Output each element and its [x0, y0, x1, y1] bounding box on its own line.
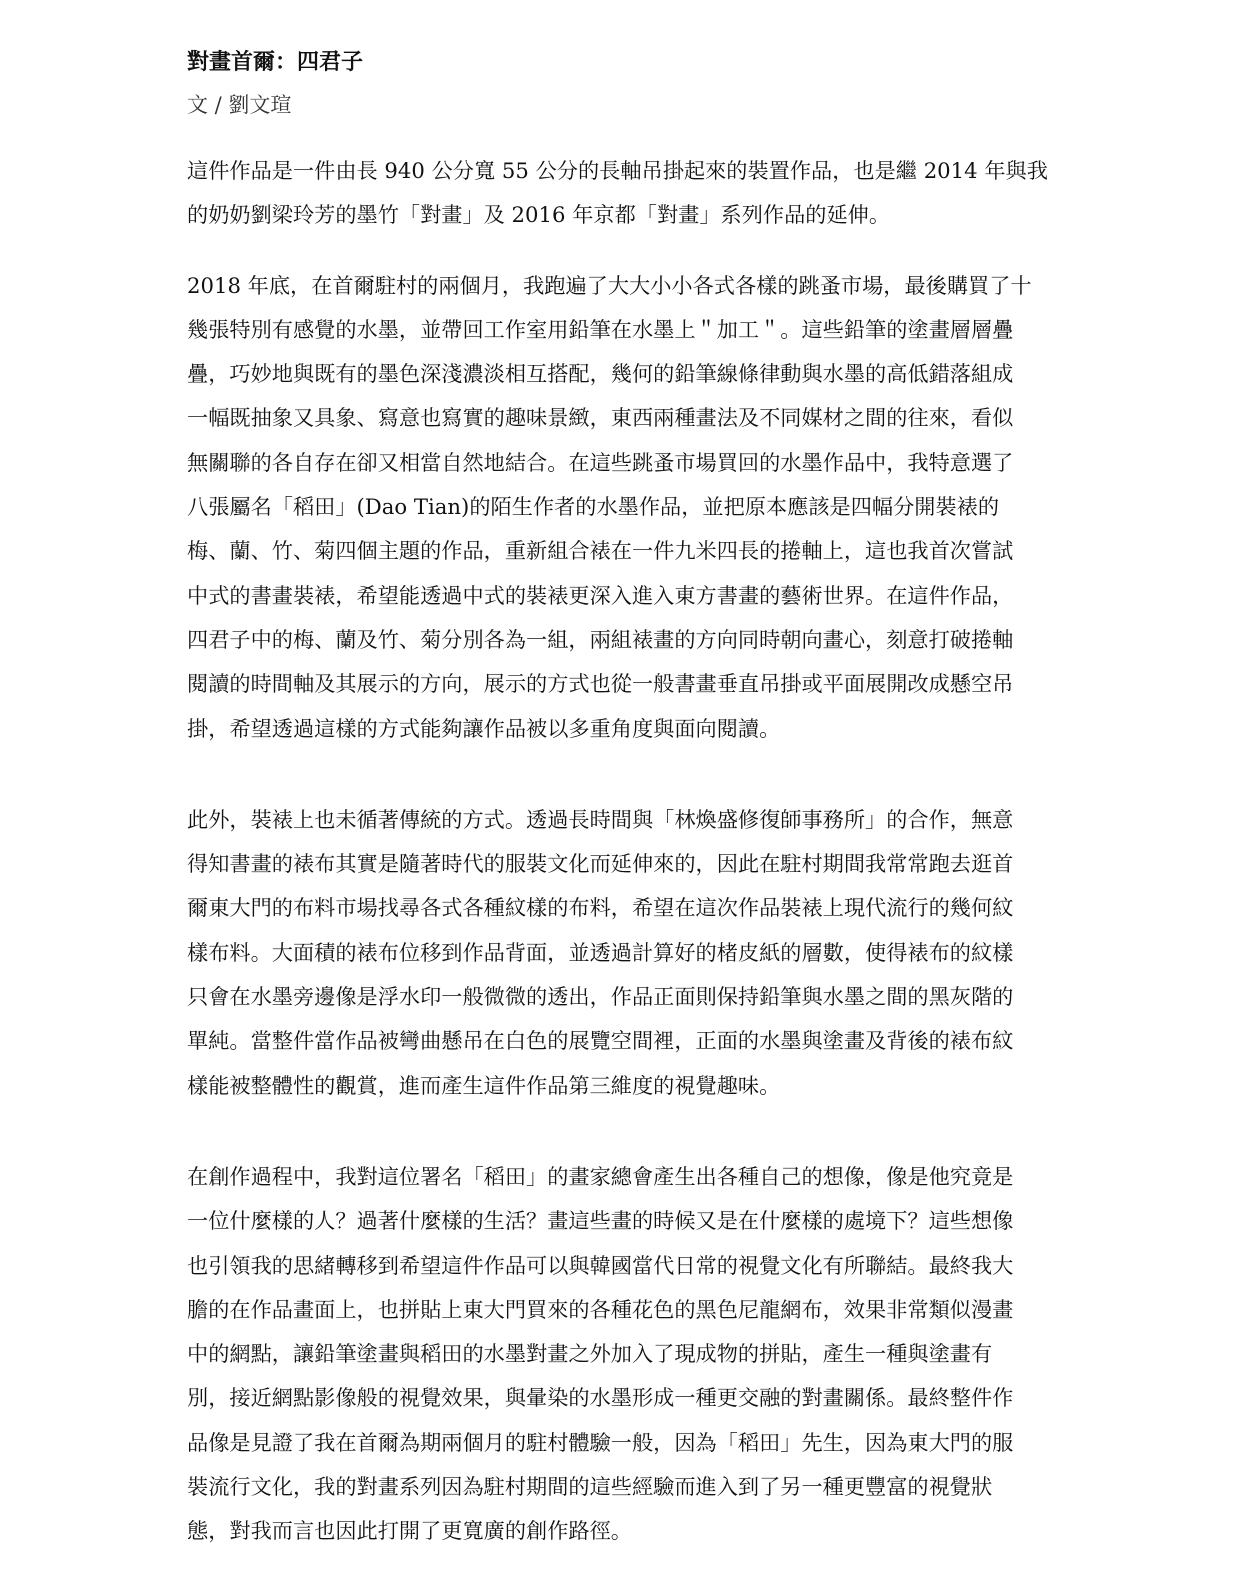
text-line: 一位什麼樣的人？過著什麼樣的生活？畫這些畫的時候又是在什麼樣的處境下？這些想像	[187, 1199, 1039, 1243]
text-line: 也引領我的思緒轉移到希望這件作品可以與韓國當代日常的視覺文化有所聯結。最終我大	[187, 1244, 1039, 1288]
text-line: 在創作過程中，我對這位署名「稻田」的畫家總會產生出各種自己的想像，像是他究竟是	[187, 1155, 1039, 1199]
paragraph-2: 2018 年底，在首爾駐村的兩個月，我跑遍了大大小小各式各樣的跳蚤市場，最後購買…	[187, 264, 1039, 751]
text-line: 疊，巧妙地與既有的墨色深淺濃淡相互搭配，幾何的鉛筆線條律動與水墨的高低錯落組成	[187, 352, 1039, 396]
text-line: 只會在水墨旁邊像是浮水印一般微微的透出，作品正面則保持鉛筆與水墨之間的黑灰階的	[187, 975, 1039, 1019]
document-title: 對畫首爾：四君子	[187, 44, 1039, 80]
text-line: 此外，裝裱上也未循著傳統的方式。透過長時間與「林煥盛修復師事務所」的合作，無意	[187, 798, 1039, 842]
text-line: 掛，希望透過這樣的方式能夠讓作品被以多重角度與面向閱讀。	[187, 707, 1039, 751]
text-line: 別，接近網點影像般的視覺效果，與暈染的水墨形成一種更交融的對畫關係。最終整件作	[187, 1376, 1039, 1420]
text-line: 爾東大門的布料市場找尋各式各種紋樣的布料，希望在這次作品裝裱上現代流行的幾何紋	[187, 886, 1039, 930]
paragraph-1: 這件作品是一件由長 940 公分寬 55 公分的長軸吊掛起來的裝置作品，也是繼 …	[187, 149, 1039, 238]
document-page: 對畫首爾：四君子 文 / 劉文瑄 這件作品是一件由長 940 公分寬 55 公分…	[187, 44, 1039, 1554]
text-line: 樣布料。大面積的裱布位移到作品背面，並透過計算好的楮皮紙的層數，使得裱布的紋樣	[187, 931, 1039, 975]
text-line: 態，對我而言也因此打開了更寬廣的創作路徑。	[187, 1509, 1039, 1553]
text-line: 的奶奶劉梁玲芳的墨竹「對畫」及 2016 年京都「對畫」系列作品的延伸。	[187, 193, 1039, 237]
text-line: 2018 年底，在首爾駐村的兩個月，我跑遍了大大小小各式各樣的跳蚤市場，最後購買…	[187, 264, 1039, 308]
text-line: 八張屬名「稻田」(Dao Tian)的陌生作者的水墨作品，並把原本應該是四幅分開…	[187, 485, 1039, 529]
paragraph-3: 此外，裝裱上也未循著傳統的方式。透過長時間與「林煥盛修復師事務所」的合作，無意 …	[187, 798, 1039, 1108]
paragraph-4: 在創作過程中，我對這位署名「稻田」的畫家總會產生出各種自己的想像，像是他究竟是 …	[187, 1155, 1039, 1554]
text-line: 裝流行文化，我的對畫系列因為駐村期間的這些經驗而進入到了另一種更豐富的視覺狀	[187, 1465, 1039, 1509]
text-line: 品像是見證了我在首爾為期兩個月的駐村體驗一般，因為「稻田」先生，因為東大門的服	[187, 1421, 1039, 1465]
text-line: 中式的書畫裝裱，希望能透過中式的裝裱更深入進入東方書畫的藝術世界。在這件作品，	[187, 574, 1039, 618]
text-line: 中的網點，讓鉛筆塗畫與稻田的水墨對畫之外加入了現成物的拼貼，產生一種與塗畫有	[187, 1332, 1039, 1376]
text-line: 四君子中的梅、蘭及竹、菊分別各為一組，兩組裱畫的方向同時朝向畫心，刻意打破捲軸	[187, 618, 1039, 662]
text-line: 膽的在作品畫面上，也拼貼上東大門買來的各種花色的黑色尼龍網布，效果非常類似漫畫	[187, 1288, 1039, 1332]
text-line: 得知書畫的裱布其實是隨著時代的服裝文化而延伸來的，因此在駐村期間我常常跑去逛首	[187, 842, 1039, 886]
text-line: 一幅既抽象又具象、寫意也寫實的趣味景緻，東西兩種畫法及不同媒材之間的往來，看似	[187, 396, 1039, 440]
author-byline: 文 / 劉文瑄	[187, 87, 1039, 123]
text-line: 幾張特別有感覺的水墨，並帶回工作室用鉛筆在水墨上＂加工＂。這些鉛筆的塗畫層層疊	[187, 308, 1039, 352]
text-line: 梅、蘭、竹、菊四個主題的作品，重新組合裱在一件九米四長的捲軸上，這也我首次嘗試	[187, 529, 1039, 573]
text-line: 樣能被整體性的觀賞，進而產生這件作品第三維度的視覺趣味。	[187, 1064, 1039, 1108]
text-line: 這件作品是一件由長 940 公分寬 55 公分的長軸吊掛起來的裝置作品，也是繼 …	[187, 149, 1039, 193]
text-line: 閱讀的時間軸及其展示的方向，展示的方式也從一般書畫垂直吊掛或平面展開改成懸空吊	[187, 662, 1039, 706]
text-line: 單純。當整件當作品被彎曲懸吊在白色的展覽空間裡，正面的水墨與塗畫及背後的裱布紋	[187, 1019, 1039, 1063]
text-line: 無關聯的各自存在卻又相當自然地結合。在這些跳蚤市場買回的水墨作品中，我特意選了	[187, 441, 1039, 485]
